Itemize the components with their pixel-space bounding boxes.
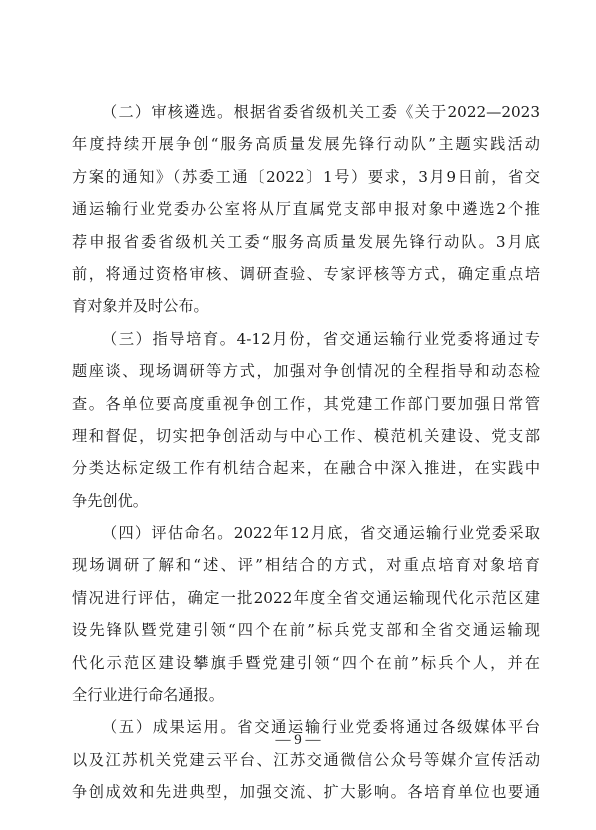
paragraph-3-line-4: 理和督促，切实把争创活动与中心工作、模范机关建设、党支部 bbox=[72, 420, 540, 452]
body-text: （二）审核遴选。根据省委省级机关工委《关于2022—2023 年度持续开展争创“… bbox=[72, 96, 540, 809]
paragraph-2-line-6: 前，将通过资格审核、调研查验、专家评核等方式，确定重点培 bbox=[72, 258, 540, 290]
paragraph-3-line-1: （三）指导培育。4-12月份，省交通运输行业党委将通过专 bbox=[72, 323, 540, 355]
paragraph-2-line-3: 方案的通知》（苏委工通〔2022〕1号）要求，3月9日前，省交 bbox=[72, 161, 540, 193]
paragraph-2-line-2: 年度持续开展争创“服务高质量发展先锋行动队”主题实践活动 bbox=[72, 128, 540, 160]
paragraph-4-line-1: （四）评估命名。2022年12月底，省交通运输行业党委采取 bbox=[72, 517, 540, 549]
paragraph-3-line-3: 查。各单位要高度重视争创工作，其党建工作部门要加强日常管 bbox=[72, 388, 540, 420]
paragraph-4-line-2: 现场调研了解和“述、评”相结合的方式，对重点培育对象培育 bbox=[72, 549, 540, 581]
paragraph-4-line-4: 设先锋队暨党建引领“四个在前”标兵党支部和全省交通运输现 bbox=[72, 614, 540, 646]
paragraph-3-line-5: 分类达标定级工作有机结合起来，在融合中深入推进，在实践中 bbox=[72, 452, 540, 484]
paragraph-4-line-5: 代化示范区建设攀旗手暨党建引领“四个在前”标兵个人，并在 bbox=[72, 647, 540, 679]
paragraph-4-line-6: 全行业进行命名通报。 bbox=[72, 679, 540, 711]
paragraph-2-line-7: 育对象并及时公布。 bbox=[72, 290, 540, 322]
document-page: （二）审核遴选。根据省委省级机关工委《关于2022—2023 年度持续开展争创“… bbox=[0, 0, 596, 830]
page-number: — 9 — bbox=[0, 732, 596, 749]
paragraph-2-line-5: 荐申报省委省级机关工委“服务高质量发展先锋行动队。3月底 bbox=[72, 226, 540, 258]
paragraph-4-line-3: 情况进行评估，确定一批2022年度全省交通运输现代化示范区建 bbox=[72, 582, 540, 614]
paragraph-3-line-2: 题座谈、现场调研等方式，加强对争创情况的全程指导和动态检 bbox=[72, 355, 540, 387]
paragraph-2-line-1: （二）审核遴选。根据省委省级机关工委《关于2022—2023 bbox=[72, 96, 540, 128]
paragraph-2-line-4: 通运输行业党委办公室将从厅直属党支部申报对象中遴选2个推 bbox=[72, 193, 540, 225]
paragraph-5-line-3: 争创成效和先进典型，加强交流、扩大影响。各培育单位也要通 bbox=[72, 776, 540, 808]
paragraph-3-line-6: 争先创优。 bbox=[72, 485, 540, 517]
